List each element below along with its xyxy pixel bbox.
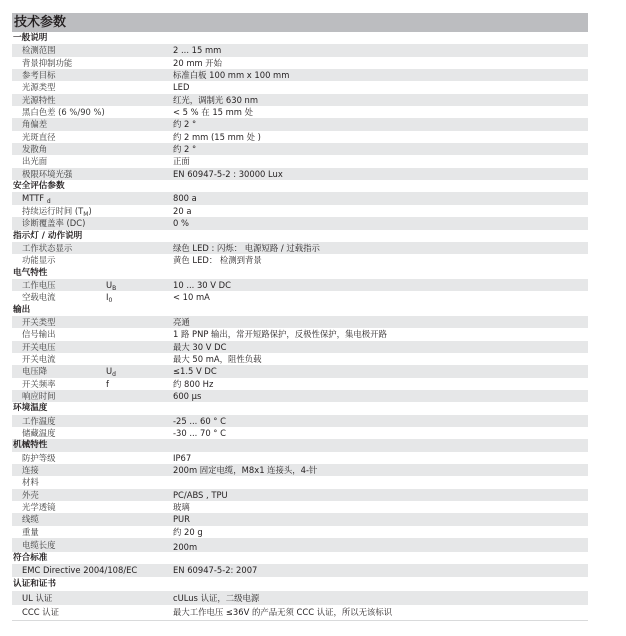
table-row: 连接200m 固定电缆，M8x1 连接头，4-针 xyxy=(12,464,588,476)
row-label: 开关类型 xyxy=(22,316,56,328)
row-value: 红光，调制光 630 nm xyxy=(173,94,258,106)
row-value: 标准白板 100 mm x 100 mm xyxy=(173,69,289,81)
table-row: 工作电压UB10 ... 30 V DC xyxy=(12,279,588,291)
row-value: 约 2 ° xyxy=(173,118,196,130)
row-value: -30 ... 70 ° C xyxy=(173,427,226,439)
row-value: 黄色 LED： 检测到背景 xyxy=(173,254,262,266)
table-row: 持续运行时间 (TM)20 a xyxy=(12,205,588,217)
table-row: 功能显示黄色 LED： 检测到背景 xyxy=(12,254,588,266)
row-label: UL 认证 xyxy=(22,591,52,605)
row-label: 开关电压 xyxy=(22,341,56,353)
table-row: 电缆长度200m xyxy=(12,538,588,552)
row-label: 防护等级 xyxy=(22,452,56,464)
table-row: 光学透镜玻璃 xyxy=(12,501,588,513)
row-symbol: f xyxy=(106,378,109,390)
table-row: CCC 认证最大工作电压 ≤36V 的产品无须 CCC 认证，所以无该标识 xyxy=(12,605,588,621)
row-value: 1 路 PNP 输出，常开短路保护，反极性保护，集电极开路 xyxy=(173,328,387,340)
table-row: 光源特性红光，调制光 630 nm xyxy=(12,94,588,106)
section-heading-safety: 安全评估参数 xyxy=(12,180,588,192)
table-row: 信号输出1 路 PNP 输出，常开短路保护，反极性保护，集电极开路 xyxy=(12,328,588,340)
row-value: 正面 xyxy=(173,155,190,167)
section-heading-indicators: 指示灯 / 动作说明 xyxy=(12,230,588,242)
row-label: 线缆 xyxy=(22,513,39,525)
row-value: 约 800 Hz xyxy=(173,378,213,390)
row-label: 空载电流 xyxy=(22,291,56,303)
table-row: 开关电流最大 50 mA，阻性负载 xyxy=(12,353,588,365)
row-label: 参考目标 xyxy=(22,69,56,81)
table-row: 黑白色差 (6 %/90 %)< 5 % 在 15 mm 处 xyxy=(12,106,588,118)
table-row: 线缆PUR xyxy=(12,513,588,525)
row-value: ≤1.5 V DC xyxy=(173,365,217,377)
row-value: 最大 50 mA，阻性负载 xyxy=(173,353,262,365)
row-value: 0 % xyxy=(173,217,189,229)
spec-table: 技术参数 一般说明 检测范围2 ... 15 mm 背景抑制功能20 mm 开始… xyxy=(12,13,588,621)
row-label: 重量 xyxy=(22,526,39,538)
section-heading-ambient-temperature: 环境温度 xyxy=(12,402,588,414)
table-row: 外壳PC/ABS , TPU xyxy=(12,489,588,501)
row-value: 约 20 g xyxy=(173,526,203,538)
table-row: EMC Directive 2004/108/ECEN 60947-5-2: 2… xyxy=(12,564,588,576)
row-label: 光学透镜 xyxy=(22,501,56,513)
row-label: 黑白色差 (6 %/90 %) xyxy=(22,106,105,118)
table-row: 防护等级IP67 xyxy=(12,452,588,464)
row-label: 诊断覆盖率 (DC) xyxy=(22,217,85,229)
table-row: 工作状态显示绿色 LED : 闪烁： 电源短路 / 过载指示 xyxy=(12,242,588,254)
row-label: 连接 xyxy=(22,464,39,476)
table-row: 空载电流I0< 10 mA xyxy=(12,291,588,303)
row-value: 800 a xyxy=(173,192,197,204)
row-label: 电压降 xyxy=(22,365,47,377)
section-heading-general: 一般说明 xyxy=(12,32,588,44)
row-value: 约 2 mm (15 mm 处 ) xyxy=(173,131,261,143)
row-label: 背景抑制功能 xyxy=(22,57,72,69)
row-label: 光源特性 xyxy=(22,94,56,106)
row-label: 极限环境光强 xyxy=(22,168,72,180)
row-value: 玻璃 xyxy=(173,501,190,513)
row-value: cULus 认证，二级电源 xyxy=(173,591,259,605)
row-value: 最大 30 V DC xyxy=(173,341,226,353)
table-row: 响应时间600 µs xyxy=(12,390,588,402)
row-value: 200m 固定电缆，M8x1 连接头，4-针 xyxy=(173,464,317,476)
row-value: < 10 mA xyxy=(173,291,210,303)
row-label: 工作电压 xyxy=(22,279,56,291)
section-heading-output: 输出 xyxy=(12,304,588,316)
table-row: 储藏温度-30 ... 70 ° C xyxy=(12,427,588,439)
row-value: 最大工作电压 ≤36V 的产品无须 CCC 认证，所以无该标识 xyxy=(173,605,392,620)
row-label: 开关电流 xyxy=(22,353,56,365)
row-value: PUR xyxy=(173,513,190,525)
table-row: 诊断覆盖率 (DC)0 % xyxy=(12,217,588,229)
row-label: CCC 认证 xyxy=(22,605,59,620)
row-value: -25 ... 60 ° C xyxy=(173,415,226,427)
row-label: 信号输出 xyxy=(22,328,56,340)
row-value: 约 2 ° xyxy=(173,143,196,155)
row-label: 外壳 xyxy=(22,489,39,501)
table-row: 开关类型亮通 xyxy=(12,316,588,328)
table-row: UL 认证cULus 认证，二级电源 xyxy=(12,591,588,605)
table-row: 光斑直径约 2 mm (15 mm 处 ) xyxy=(12,131,588,143)
table-title: 技术参数 xyxy=(12,13,588,32)
table-row: 极限环境光强EN 60947-5-2 : 30000 Lux xyxy=(12,168,588,180)
row-label: 工作状态显示 xyxy=(22,242,72,254)
row-label: 出光面 xyxy=(22,155,47,167)
table-row: 光源类型LED xyxy=(12,81,588,93)
row-label: 光源类型 xyxy=(22,81,56,93)
table-row: MTTF d800 a xyxy=(12,192,588,204)
row-label: 电缆长度 xyxy=(22,538,56,552)
row-label: 储藏温度 xyxy=(22,427,56,439)
table-row: 电压降Ud≤1.5 V DC xyxy=(12,365,588,377)
row-value: < 5 % 在 15 mm 处 xyxy=(173,106,253,118)
table-row: 背景抑制功能20 mm 开始 xyxy=(12,57,588,69)
row-label: 工作温度 xyxy=(22,415,56,427)
table-row: 材料 xyxy=(12,476,588,488)
table-row: 角偏差约 2 ° xyxy=(12,118,588,130)
row-label: 材料 xyxy=(22,476,39,488)
row-label-text: MTTF xyxy=(22,193,44,203)
row-label-suffix: ) xyxy=(88,206,91,216)
section-heading-electrical: 电气特性 xyxy=(12,267,588,279)
row-value: EN 60947-5-2 : 30000 Lux xyxy=(173,168,283,180)
row-value: 10 ... 30 V DC xyxy=(173,279,231,291)
row-value: IP67 xyxy=(173,452,191,464)
row-value: 600 µs xyxy=(173,390,201,402)
row-value: 亮通 xyxy=(173,316,190,328)
row-label: 开关频率 xyxy=(22,378,56,390)
row-label: EMC Directive 2004/108/EC xyxy=(22,564,137,576)
section-heading-certifications: 认证和证书 xyxy=(12,577,588,591)
row-value: 2 ... 15 mm xyxy=(173,44,221,56)
table-row: 工作温度-25 ... 60 ° C xyxy=(12,415,588,427)
row-value: EN 60947-5-2: 2007 xyxy=(173,564,257,576)
table-row: 出光面正面 xyxy=(12,155,588,167)
row-label: 角偏差 xyxy=(22,118,47,130)
row-label: 响应时间 xyxy=(22,390,56,402)
row-label: 光斑直径 xyxy=(22,131,56,143)
row-label: 功能显示 xyxy=(22,254,56,266)
table-row: 重量约 20 g xyxy=(12,526,588,538)
row-label: 发散角 xyxy=(22,143,47,155)
table-row: 发散角约 2 ° xyxy=(12,143,588,155)
table-row: 参考目标标准白板 100 mm x 100 mm xyxy=(12,69,588,81)
row-value: 20 mm 开始 xyxy=(173,57,222,69)
row-label: 检测范围 xyxy=(22,44,56,56)
table-row: 检测范围2 ... 15 mm xyxy=(12,44,588,56)
section-heading-mechanical: 机械特性 xyxy=(12,439,588,451)
table-row: 开关电压最大 30 V DC xyxy=(12,341,588,353)
row-value: LED xyxy=(173,81,189,93)
row-value: 绿色 LED : 闪烁： 电源短路 / 过载指示 xyxy=(173,242,320,254)
table-row: 开关频率f约 800 Hz xyxy=(12,378,588,390)
row-value: 20 a xyxy=(173,205,191,217)
row-label-text: 持续运行时间 (T xyxy=(22,206,83,216)
row-value: PC/ABS , TPU xyxy=(173,489,228,501)
section-heading-standards: 符合标准 xyxy=(12,552,588,564)
